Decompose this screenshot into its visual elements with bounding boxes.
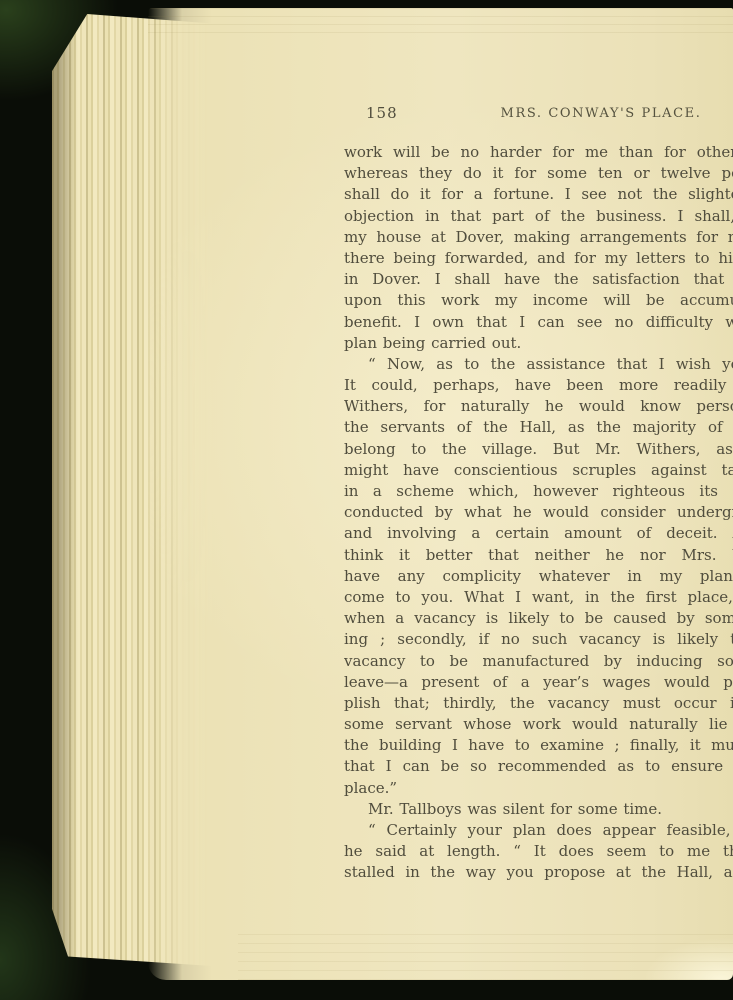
text-line: benefit. I own that I can see no difficu… [344, 312, 733, 333]
paragraph: “ Certainly your plan does appear feasib… [344, 820, 733, 884]
text-line: work will be no harder for me than for o… [344, 142, 733, 163]
book-page: 158 MRS. CONWAY'S PLACE. work will be no… [148, 8, 733, 980]
text-line: belong to the village. But Mr. Withers, … [344, 439, 733, 460]
text-line: whereas they do it for some ten or twelv… [344, 163, 733, 184]
text-line: plan being carried out. [344, 333, 733, 354]
page-text: work will be no harder for me than for o… [344, 142, 733, 884]
text-line: conducted by what he would consider unde… [344, 502, 733, 523]
page-header: 158 MRS. CONWAY'S PLACE. [344, 104, 733, 124]
text-line: vacancy to be manufactured by inducing s… [344, 651, 733, 672]
text-line: that I can be so recommended as to ensur… [344, 756, 733, 777]
paragraph: work will be no harder for me than for o… [344, 142, 733, 354]
text-line: think it better that neither he nor Mrs.… [344, 545, 733, 566]
text-line: Withers, for naturally he would know per… [344, 396, 733, 417]
text-line: my house at Dover, making arrangements f… [344, 227, 733, 248]
text-line: come to you. What I want, in the first p… [344, 587, 733, 608]
text-line: Mr. Tallboys was silent for some time. [344, 799, 733, 820]
text-line: the servants of the Hall, as the majorit… [344, 417, 733, 438]
text-line: in a scheme which, however righteous its… [344, 481, 733, 502]
text-line: leave—a present of a year’s wages would … [344, 672, 733, 693]
text-line: plish that; thirdly, the vacancy must oc… [344, 693, 733, 714]
text-line: when a vacancy is likely to be caused by… [344, 608, 733, 629]
text-line: might have conscientious scruples agains… [344, 460, 733, 481]
text-line: stalled in the way you propose at the Ha… [344, 862, 733, 883]
text-line: “ Now, as to the assistance that I wish … [344, 354, 733, 375]
text-line: he said at length. “ It does seem to me … [344, 841, 733, 862]
paragraph: “ Now, as to the assistance that I wish … [344, 354, 733, 799]
text-line: place.” [344, 778, 733, 799]
running-title: MRS. CONWAY'S PLACE. [344, 106, 733, 121]
text-line: there being forwarded, and for my letter… [344, 248, 733, 269]
printed-area: 158 MRS. CONWAY'S PLACE. work will be no… [344, 104, 733, 124]
text-line: some servant whose work would naturally … [344, 714, 733, 735]
text-line: the building I have to examine ; finally… [344, 735, 733, 756]
text-line: have any complicity whatever in my plans… [344, 566, 733, 587]
text-line: “ Certainly your plan does appear feasib… [344, 820, 733, 841]
text-line: It could, perhaps, have been more readil… [344, 375, 733, 396]
paragraph: Mr. Tallboys was silent for some time. [344, 799, 733, 820]
text-line: and involving a certain amount of deceit… [344, 523, 733, 544]
book-photo-background: 158 MRS. CONWAY'S PLACE. work will be no… [0, 0, 733, 1000]
text-line: in Dover. I shall have the satisfaction … [344, 269, 733, 290]
text-line: objection in that part of the business. … [344, 206, 733, 227]
text-line: shall do it for a fortune. I see not the… [344, 184, 733, 205]
text-line: upon this work my income will be accumul… [344, 290, 733, 311]
text-line: ing ; secondly, if no such vacancy is li… [344, 629, 733, 650]
